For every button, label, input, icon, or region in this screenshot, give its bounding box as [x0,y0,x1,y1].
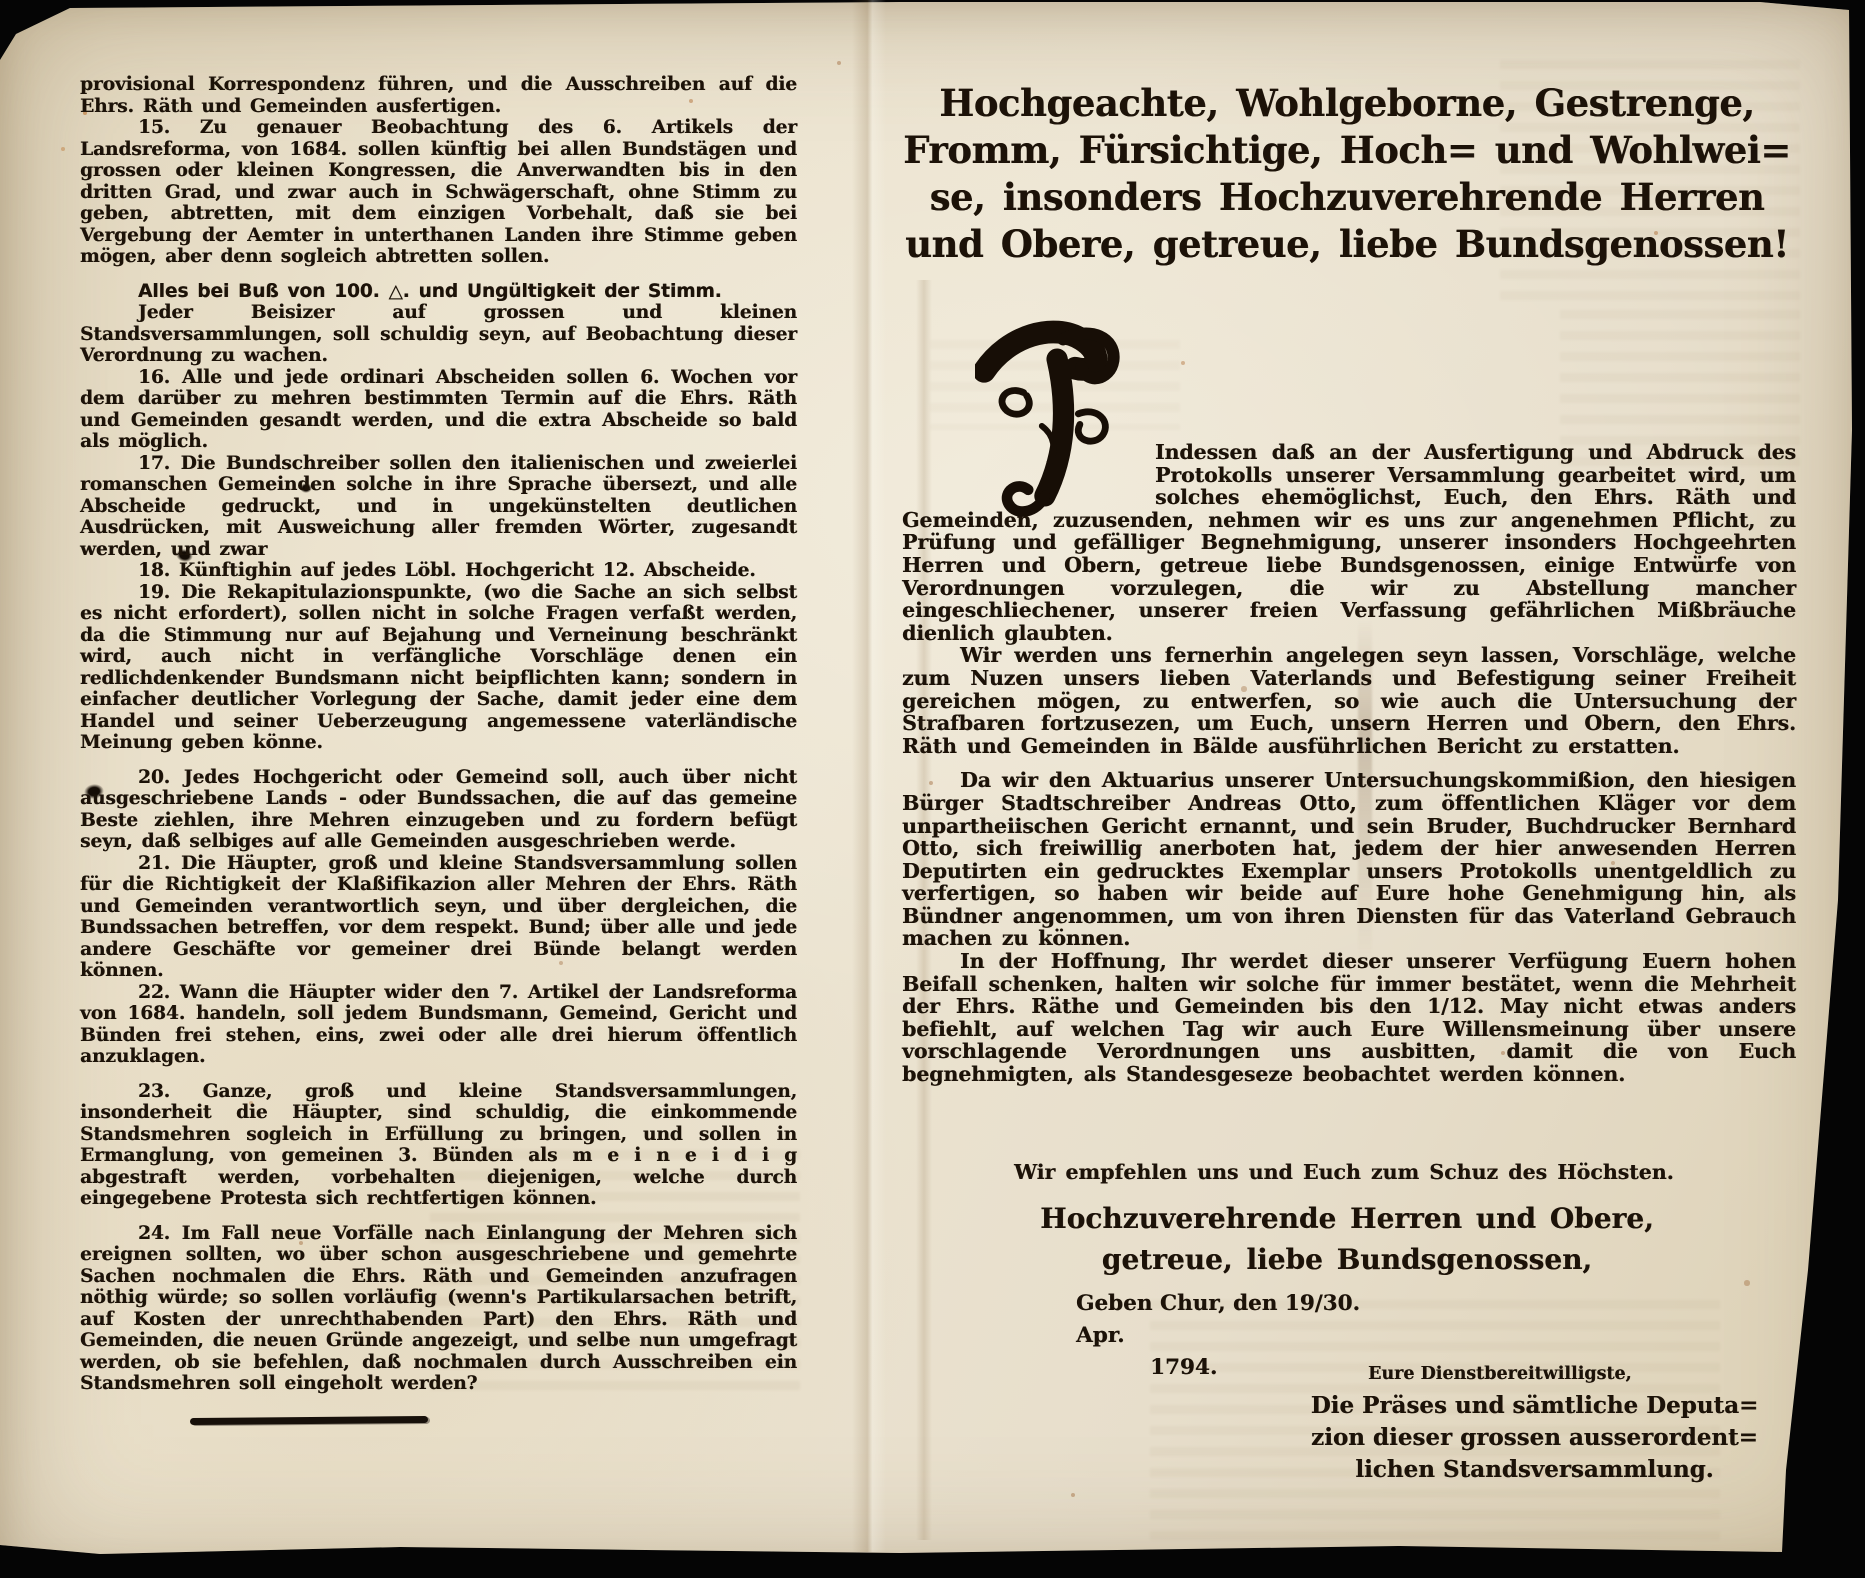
aktuarius-paragraph: Da wir den Aktuarius unserer Untersuchun… [902,769,1796,950]
closing-line: Hochzuverehrende Herren und Obere, [902,1198,1792,1239]
salutation-line: Fromm, Fürsichtige, Hoch= und Wohlwei= [902,127,1792,174]
closing-line: getreue, liebe Bundsgenossen, [902,1239,1792,1280]
dateline: Geben Chur, den 19/30. Apr. 1794. [1076,1288,1416,1384]
body-paragraph-continuation: provisional Korrespondenz führen, und di… [80,74,797,117]
salutation-line: und Obere, getreue, liebe Bundsgenossen! [902,221,1792,268]
signature-line: Die Präses und sämtliche Deputa= [1262,1390,1807,1422]
right-column: Indessen daß an der Ausfertigung und Abd… [902,441,1796,1086]
opening-paragraph: Indessen daß an der Ausfertigung und Abd… [902,441,1796,644]
salutation-line: se, insonders Hochzuverehrende Herren [902,174,1792,221]
article-18: 18. Künftighin auf jedes Löbl. Hochgeric… [80,560,797,582]
article-19: 19. Die Rekapitulazionspunkte, (wo die S… [80,582,797,754]
signature-line: zion dieser grossen ausserordent= [1262,1422,1807,1454]
article-22: 22. Wann die Häupter wider den 7. Artike… [80,982,797,1068]
scanned-document: provisional Korrespondenz führen, und di… [0,0,1865,1578]
dateline-place-date: Geben Chur, den 19/30. Apr. [1076,1288,1416,1352]
duty-clause: Jeder Beisizer auf grossen und kleinen S… [80,302,797,367]
article-21: 21. Die Häupter, groß und kleine Standsv… [80,853,797,982]
commendation-line: Wir empfehlen uns und Euch zum Schuz des… [902,1160,1796,1184]
salutation-line: Hochgeachte, Wohlgeborne, Gestrenge, [902,80,1792,127]
dropcap-spacer [902,441,1155,488]
article-15: 15. Zu genauer Beobachtung des 6. Artike… [80,117,797,268]
closing-address: Hochzuverehrende Herren und Obere, getre… [902,1198,1792,1280]
left-column: provisional Korrespondenz führen, und di… [80,74,797,1395]
hoffnung-paragraph: In der Hoffnung, Ihr werdet dieser unser… [902,950,1796,1086]
signature-salutation: Eure Dienstbereitwilligste, [1368,1364,1688,1384]
dateline-year: 1794. [1076,1352,1416,1384]
article-24: 24. Im Fall neue Vorfälle nach Einlangun… [80,1223,797,1395]
article-23: 23. Ganze, groß und kleine Standsversamm… [80,1081,797,1210]
signature-line: lichen Standsversammlung. [1262,1454,1807,1486]
article-20: 20. Jedes Hochgericht oder Gemeind soll,… [80,767,797,853]
penalty-clause: Alles bei Buß von 100. △. und Ungültigke… [80,281,797,303]
intent-paragraph: Wir werden uns fernerhin angelegen seyn … [902,644,1796,757]
article-17: 17. Die Bundschreiber sollen den italien… [80,453,797,561]
article-16: 16. Alle und jede ordinari Abscheiden so… [80,367,797,453]
signature-block: Die Präses und sämtliche Deputa= zion di… [1262,1390,1807,1486]
foxing-speckles [0,0,2,2]
salutation-heading: Hochgeachte, Wohlgeborne, Gestrenge, Fro… [902,80,1792,268]
